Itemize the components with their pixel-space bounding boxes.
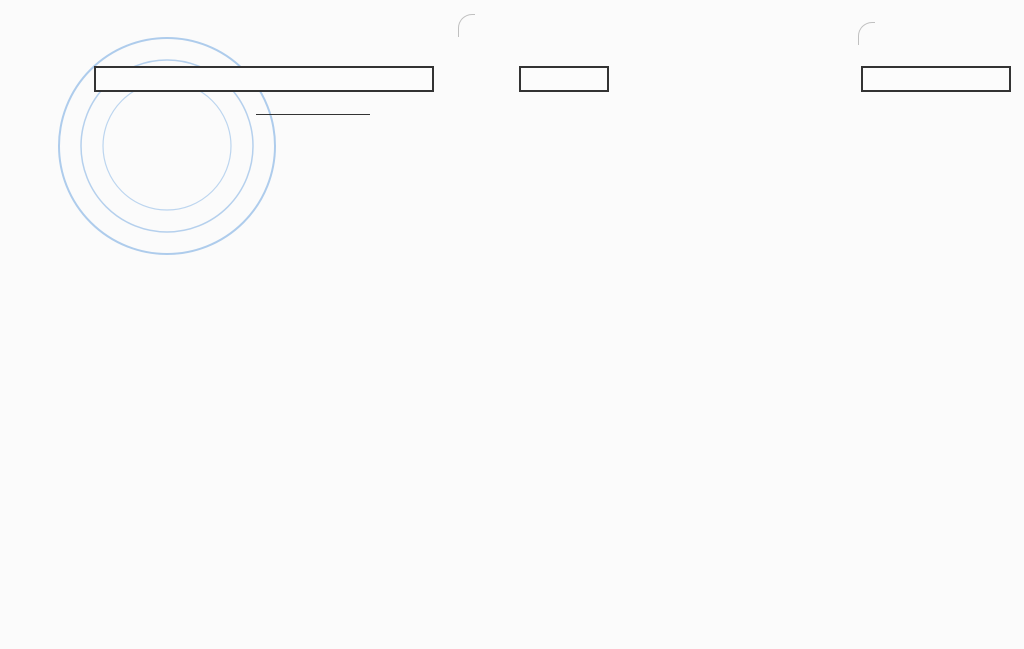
- scan-mark: [458, 14, 475, 37]
- signature-line: [256, 114, 370, 115]
- department-field: [519, 66, 609, 92]
- date-field: [861, 66, 1011, 92]
- table-grid: [0, 0, 1024, 649]
- scan-mark: [858, 22, 875, 45]
- school-name-field: [94, 66, 434, 92]
